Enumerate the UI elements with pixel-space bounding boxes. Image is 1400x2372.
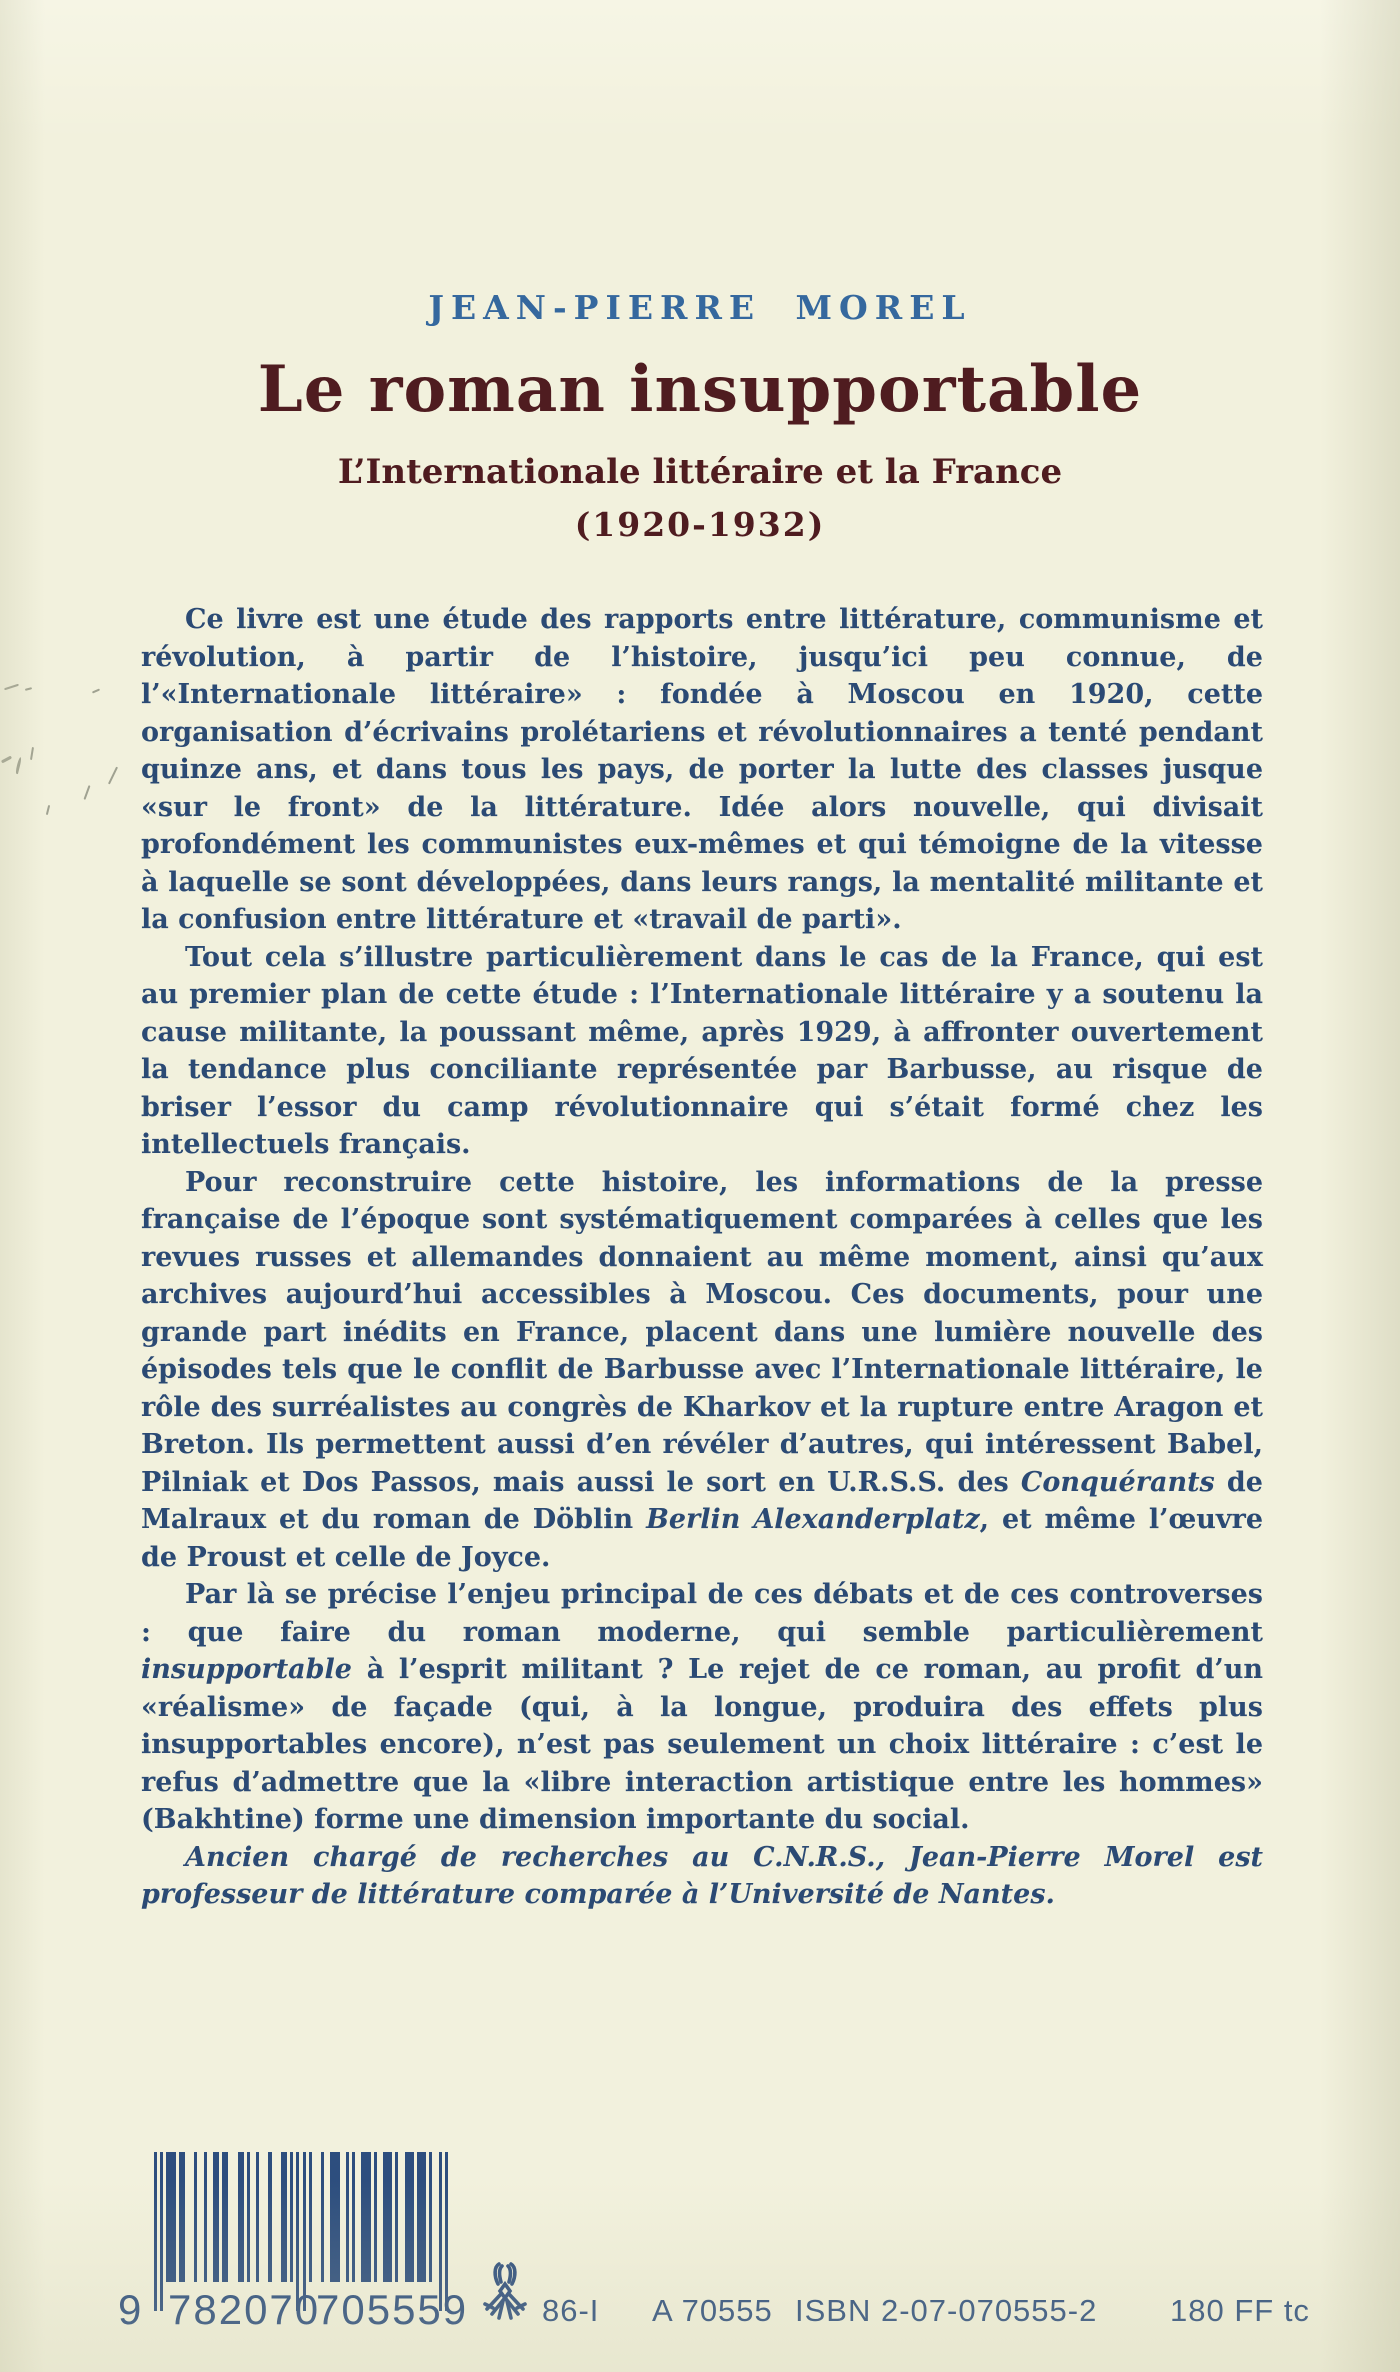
book-back-cover: JEAN-PIERRE MOREL Le roman insupportable… xyxy=(0,0,1400,2372)
book-title: Le roman insupportable xyxy=(0,352,1400,427)
book-subtitle: L’Internationale littéraire et la France xyxy=(0,452,1400,492)
back-cover-text: Ce livre est une étude des rapports entr… xyxy=(141,601,1263,1914)
paragraph: Par là se précise l’enjeu principal de c… xyxy=(141,1576,1263,1839)
print-code: 86-I xyxy=(542,2293,599,2329)
barcode-digit-group: 782070 xyxy=(168,2286,320,2334)
author-name: JEAN-PIERRE MOREL xyxy=(0,288,1400,327)
pencil-mark xyxy=(46,805,50,815)
author-bio: Ancien chargé de recherches au C.N.R.S.,… xyxy=(141,1839,1263,1914)
body-paragraphs: Ce livre est une étude des rapports entr… xyxy=(141,601,1263,1839)
pencil-mark xyxy=(15,757,22,774)
barcode-digit-group: 9 xyxy=(118,2286,143,2334)
pencil-mark xyxy=(83,785,90,800)
pencil-mark xyxy=(25,687,32,691)
price: 180 FF tc xyxy=(1170,2293,1310,2329)
barcode-digit-group: 705559 xyxy=(316,2286,468,2334)
catalog-code: A 70555 xyxy=(652,2293,773,2329)
pencil-mark xyxy=(108,767,118,785)
pencil-mark xyxy=(4,684,19,691)
pencil-mark xyxy=(92,688,100,693)
isbn-number: ISBN 2-07-070555-2 xyxy=(795,2293,1097,2329)
paragraph: Tout cela s’illustre particulièrement da… xyxy=(141,939,1263,1164)
paragraph: Pour reconstruire cette histoire, les in… xyxy=(141,1164,1263,1577)
publication-years: (1920-1932) xyxy=(0,505,1400,544)
publisher-logo-icon xyxy=(482,2260,528,2324)
pencil-mark xyxy=(1,756,12,764)
ean-barcode: 9 782070 705559 xyxy=(118,2152,463,2337)
pencil-mark xyxy=(30,747,34,760)
paragraph: Ce livre est une étude des rapports entr… xyxy=(141,601,1263,939)
